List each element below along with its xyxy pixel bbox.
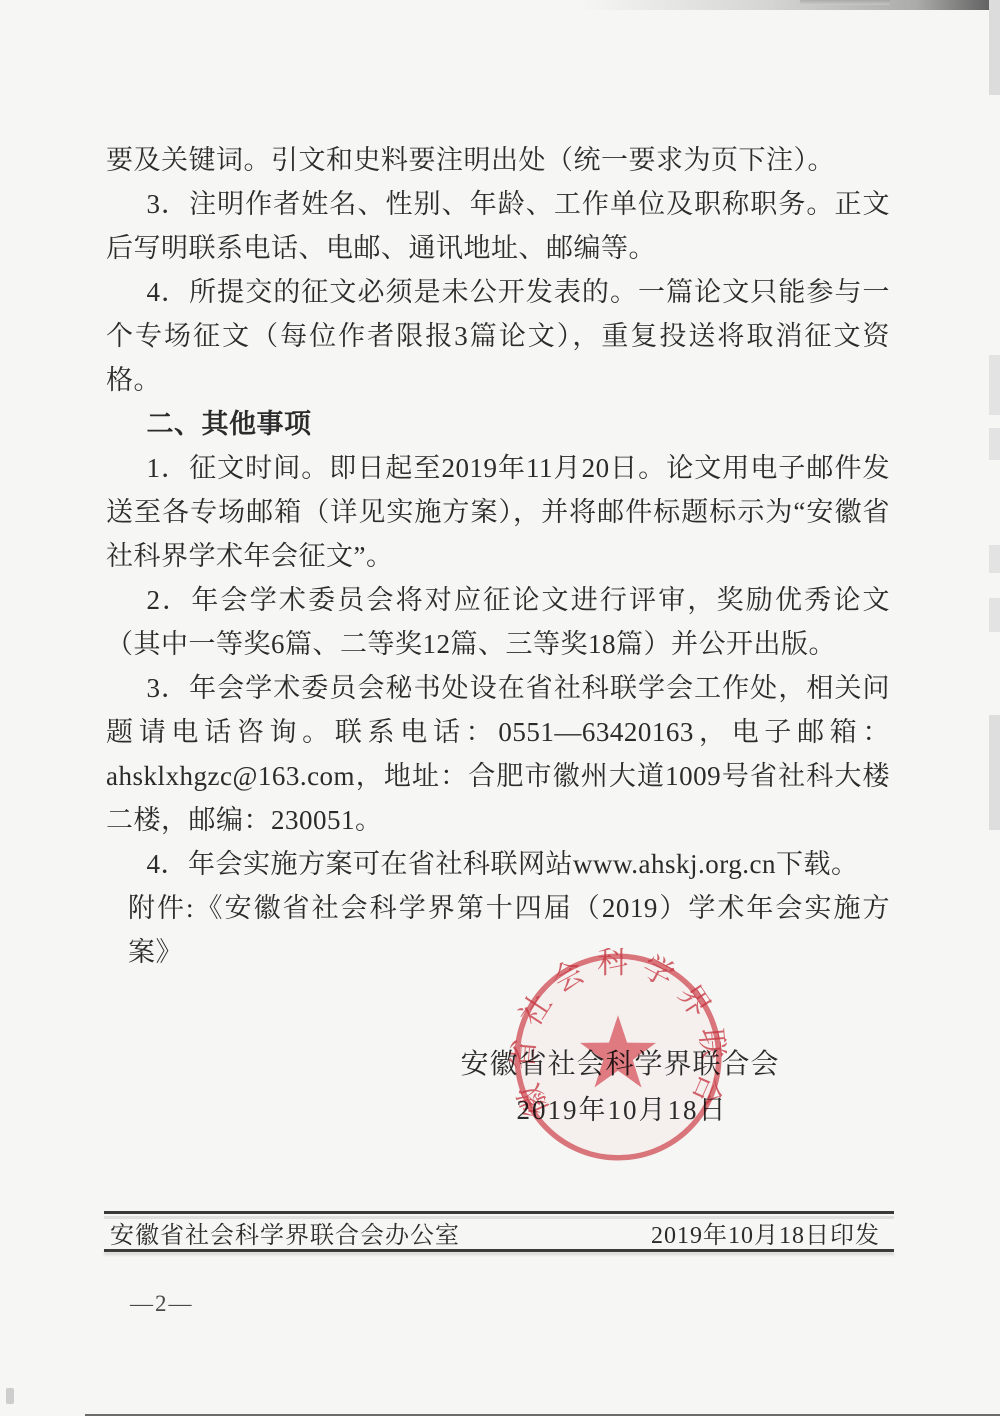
scan-artifact-top-edge bbox=[580, 0, 1000, 10]
paragraph-item-4: 4．所提交的征文必须是未公开发表的。一篇论文只能参与一个专场征文（每位作者限报3… bbox=[106, 270, 890, 402]
document-body: 要及关键词。引文和史料要注明出处（统一要求为页下注）。 3．注明作者姓名、性别、… bbox=[106, 138, 890, 974]
paragraph-other-1: 1．征文时间。即日起至2019年11月20日。论文用电子邮件发送至各专场邮箱（详… bbox=[106, 446, 890, 578]
footer-row: 安徽省社会科学界联合会办公室 2019年10月18日印发 bbox=[104, 1217, 894, 1247]
page-number: —2— bbox=[130, 1291, 194, 1317]
paragraph-other-3: 3．年会学术委员会秘书处设在省社科联学会工作处，相关问题请电话咨询。联系电话：0… bbox=[106, 666, 890, 842]
signature-organization: 安徽省社会科学界联合会 bbox=[460, 1042, 779, 1082]
scan-artifact-right-edge bbox=[989, 545, 1000, 573]
scan-artifact-right-edge bbox=[989, 355, 1000, 415]
signature-date: 2019年10月18日 bbox=[517, 1088, 728, 1127]
scan-artifact-bottom-left bbox=[6, 1388, 14, 1404]
paragraph-item-3: 3．注明作者姓名、性别、年龄、工作单位及职称职务。正文后写明联系电话、电邮、通讯… bbox=[106, 182, 890, 270]
scan-artifact-top-streak bbox=[800, 0, 890, 5]
scanned-document-page: 要及关键词。引文和史料要注明出处（统一要求为页下注）。 3．注明作者姓名、性别、… bbox=[0, 0, 1000, 1416]
footer-print-date: 2019年10月18日印发 bbox=[651, 1215, 894, 1250]
section-heading-other-matters: 二、其他事项 bbox=[106, 402, 890, 446]
attachment-line: 附件:《安徽省社会科学界第十四届（2019）学术年会实施方案》 bbox=[106, 886, 890, 974]
scan-artifact-right-edge bbox=[989, 0, 1000, 95]
scan-artifact-right-edge bbox=[989, 598, 1000, 632]
scan-artifact-right-edge bbox=[989, 715, 1000, 830]
scan-artifact-right-edge bbox=[989, 428, 1000, 460]
paragraph-other-2: 2．年会学术委员会将对应征论文进行评审，奖励优秀论文（其中一等奖6篇、二等奖12… bbox=[106, 578, 890, 666]
paragraph-other-4: 4．年会实施方案可在省社科联网站www.ahskj.org.cn下载。 bbox=[106, 842, 890, 886]
footer-issuer: 安徽省社会科学界联合会办公室 bbox=[104, 1215, 460, 1250]
paragraph-continuation: 要及关键词。引文和史料要注明出处（统一要求为页下注）。 bbox=[106, 138, 890, 182]
footer-rule-bottom bbox=[104, 1249, 894, 1252]
